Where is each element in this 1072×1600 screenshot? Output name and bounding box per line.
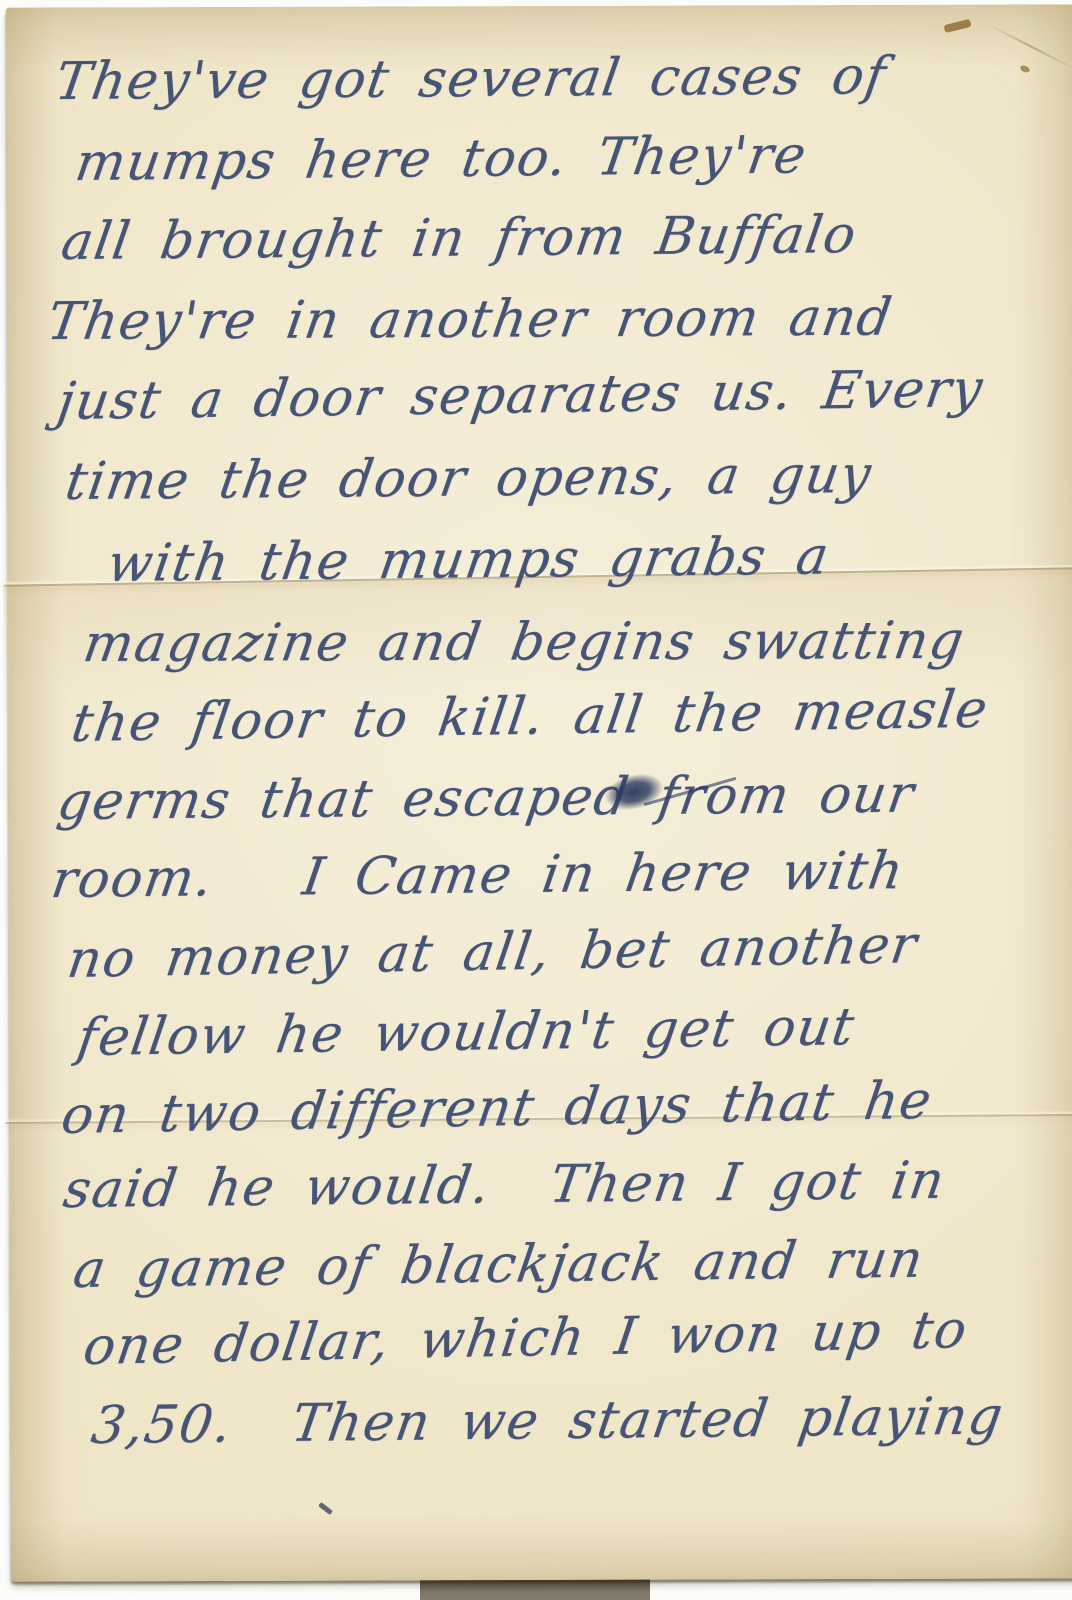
letter-line: all brought in from Buffalo: [58, 205, 862, 272]
letter-line: a game of blackjack and run: [70, 1230, 928, 1300]
letter-line: said he would. Then I got in: [60, 1151, 950, 1220]
letter-body: They've got several cases of mumps here …: [0, 0, 1072, 1600]
letter-line: They're in another room and: [43, 288, 896, 352]
letter-line: germs that escaped from our: [54, 765, 919, 832]
letter-line: room. I Came in here with: [48, 841, 909, 910]
letter-line: one dollar, which I won up to: [80, 1300, 972, 1377]
letter-line: fellow he wouldn't get out: [74, 997, 859, 1068]
letter-line: time the door opens, a guy: [62, 445, 876, 512]
scan-background: They've got several cases of mumps here …: [0, 0, 1072, 1600]
letter-line: on two different days that he: [58, 1071, 936, 1146]
letter-line: no money at all, bet another: [64, 915, 922, 990]
letter-line: with the mumps grabs a: [104, 526, 834, 594]
letter-line: They've got several cases of: [51, 46, 890, 112]
letter-line: just a door separates us. Every: [54, 359, 988, 432]
letter-line: mumps here too. They're: [72, 125, 811, 193]
letter-line: the floor to kill. all the measle: [68, 680, 993, 754]
letter-line: magazine and begins swatting: [79, 611, 969, 674]
letter-line: 3,50. Then we started playing: [88, 1386, 1008, 1456]
